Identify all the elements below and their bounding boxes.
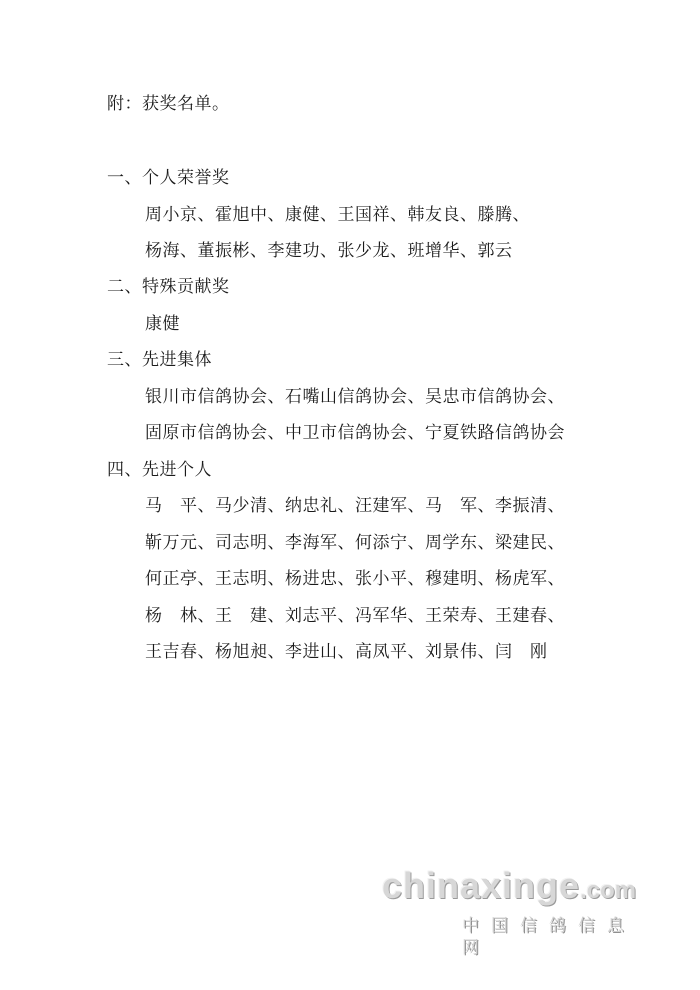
- section-line: 固原市信鸽协会、中卫市信鸽协会、宁夏铁路信鸽协会: [145, 422, 565, 444]
- section-heading-personal-honor: 一、个人荣誉奖: [107, 167, 230, 189]
- section-line: 马 平、马少清、纳忠礼、汪建军、马 军、李振清、: [145, 495, 565, 517]
- section-line: 杨海、董振彬、李建功、张少龙、班增华、郭云: [145, 240, 513, 262]
- section-line: 何正亭、王志明、杨进忠、张小平、穆建明、杨虎军、: [145, 568, 565, 590]
- document-page: 附：获奖名单。 一、个人荣誉奖 周小京、霍旭中、康健、王国祥、韩友良、滕腾、 杨…: [0, 0, 700, 990]
- section-line: 康健: [145, 313, 180, 335]
- site-watermark: chinaxinge.com 中国信鸽信息网: [382, 866, 652, 959]
- watermark-domain-main: chinaxinge: [382, 865, 580, 906]
- section-heading-special-contribution: 二、特殊贡献奖: [107, 276, 230, 298]
- watermark-site-name: 中国信鸽信息网: [462, 915, 652, 959]
- section-line: 周小京、霍旭中、康健、王国祥、韩友良、滕腾、: [145, 204, 530, 226]
- intro-text: 附：获奖名单。: [107, 93, 230, 115]
- section-line: 王吉春、杨旭昶、李进山、高凤平、刘景伟、闫 刚: [145, 641, 548, 663]
- section-line: 靳万元、司志明、李海军、何添宁、周学东、梁建民、: [145, 532, 565, 554]
- watermark-domain-tld: .com: [580, 877, 636, 904]
- section-heading-advanced-individual: 四、先进个人: [107, 459, 212, 481]
- section-heading-advanced-collective: 三、先进集体: [107, 349, 212, 371]
- section-line: 杨 林、王 建、刘志平、冯军华、王荣寿、王建春、: [145, 605, 565, 627]
- watermark-domain: chinaxinge.com: [382, 866, 652, 911]
- section-line: 银川市信鸽协会、石嘴山信鸽协会、吴忠市信鸽协会、: [145, 386, 565, 408]
